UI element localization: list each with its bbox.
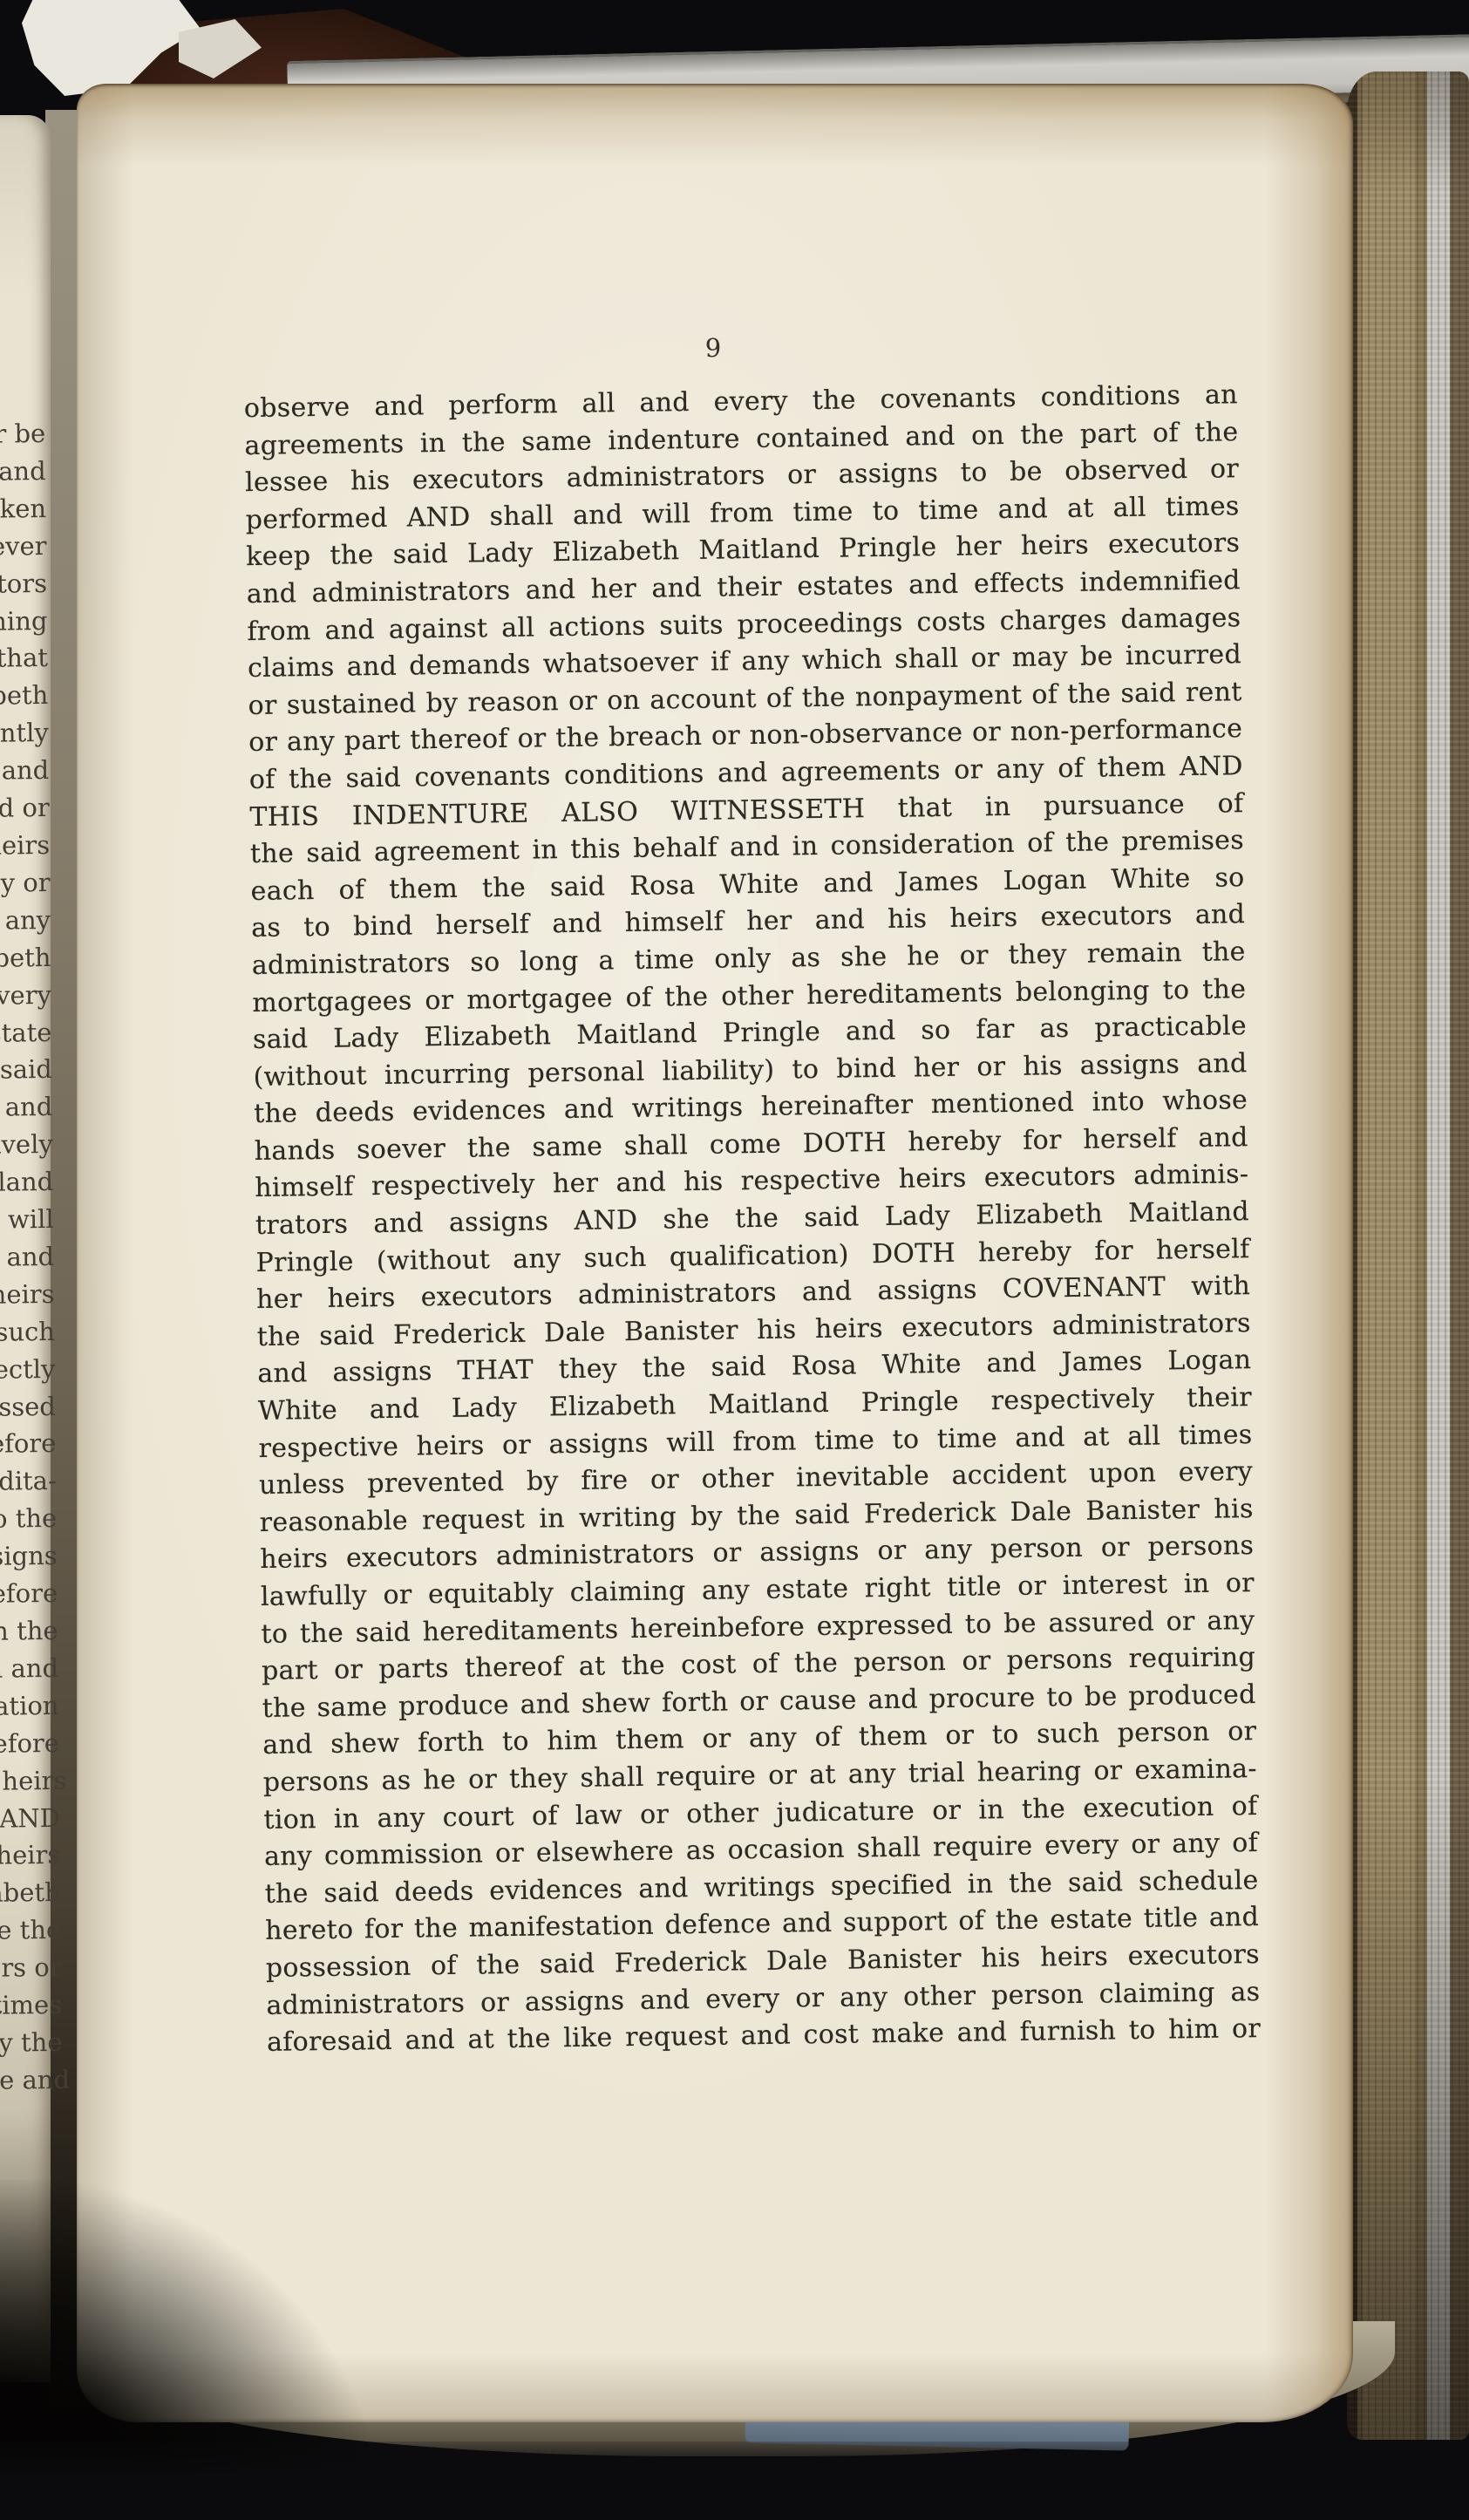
margin-fragment: his heirs bbox=[0, 1762, 60, 1801]
margin-fragment: or any bbox=[0, 902, 51, 940]
margin-fragment: ligation bbox=[0, 1687, 59, 1726]
fore-edge-page-stack bbox=[1347, 72, 1469, 2440]
margin-fragment: lizabeth bbox=[0, 1874, 61, 1912]
margin-fragment: zabeth bbox=[0, 677, 49, 715]
margin-fragment: estate bbox=[0, 1013, 52, 1052]
margin-fragment: pon the bbox=[0, 1612, 58, 1651]
margin-fragment: erfectly bbox=[0, 1351, 56, 1389]
page-text-block: observe and perform all and every the co… bbox=[244, 377, 1262, 2061]
margin-fragment: nbefore bbox=[0, 1575, 58, 1613]
margin-fragment: pressed bbox=[0, 1388, 56, 1427]
margin-fragment: assigns bbox=[0, 1537, 58, 1576]
margin-fragment: d and bbox=[0, 453, 46, 491]
margin-fragment: able and bbox=[0, 2061, 63, 2100]
margin-fragment: heirs bbox=[0, 1276, 55, 1314]
margin-fragment: st and bbox=[0, 1238, 54, 1277]
margin-fragment: ll times bbox=[0, 1986, 62, 2025]
margin-fragment: iming bbox=[0, 603, 48, 641]
margin-fragment: nbefore bbox=[0, 1725, 59, 1763]
page-number: 9 bbox=[678, 333, 748, 363]
margin-fragment: ns and bbox=[0, 752, 49, 790]
margin-fragment: zabeth bbox=[0, 939, 51, 977]
margin-fragment: y such bbox=[0, 1313, 55, 1352]
margin-fragment: nbefore bbox=[0, 1425, 57, 1463]
margin-fragment: every bbox=[0, 977, 51, 1015]
margin-fragment: ned or bbox=[0, 789, 50, 828]
margin-fragment: ne said bbox=[0, 1051, 52, 1089]
margin-fragment: aitland bbox=[0, 1163, 53, 1202]
margin-fragment: er be bbox=[0, 415, 45, 453]
margin-fragment: by the bbox=[0, 2024, 63, 2062]
margin-fragment: ators or bbox=[0, 1949, 62, 1987]
margin-fragment: ully or bbox=[0, 864, 51, 902]
margin-fragment: soever bbox=[0, 528, 47, 566]
margin-fragment: nto the bbox=[0, 1500, 57, 1538]
margin-fragment: taken bbox=[0, 490, 46, 528]
margin-fragment: eredita- bbox=[0, 1462, 57, 1501]
margin-fragment: aid and bbox=[0, 1650, 58, 1688]
bottom-black-border bbox=[0, 2442, 1469, 2520]
margin-fragment: ctively bbox=[0, 1126, 53, 1164]
margin-fragment: d will bbox=[0, 1201, 54, 1239]
margin-fragment: he the bbox=[0, 1911, 61, 1950]
margin-fragment: ed and bbox=[0, 1088, 53, 1127]
margin-fragment: heirs bbox=[0, 827, 50, 865]
book-page: 9 observe and perform all and every the … bbox=[77, 84, 1353, 2422]
margin-fragment: ciently bbox=[0, 714, 49, 753]
margin-fragment: cutors bbox=[0, 565, 47, 603]
margin-fragment: l AND bbox=[0, 1799, 60, 1837]
book-scan-photo: er bed andtakensoevercutorsimingD thatza… bbox=[0, 0, 1469, 2520]
margin-fragment: is heirs bbox=[0, 1836, 61, 1875]
facing-page-strip: er bed andtakensoevercutorsimingD thatza… bbox=[0, 115, 51, 2382]
margin-fragment: D that bbox=[0, 639, 48, 678]
